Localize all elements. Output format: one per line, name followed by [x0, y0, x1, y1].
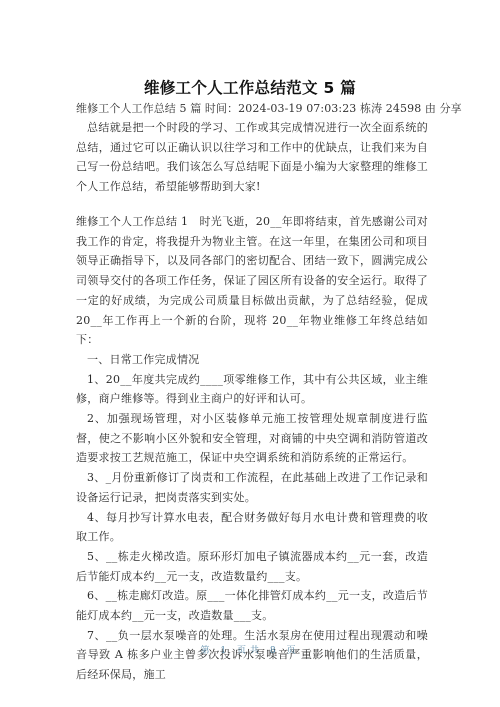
page-indicator: 第 1 页共 8 页: [0, 643, 500, 656]
list-item-3: 3、_月份重新修订了岗责和工作流程，在此基础上改进了工作记录和设备运行记录，把岗…: [76, 468, 428, 507]
list-item-5: 5、__栋走火梯改造。原环形灯加电子镇流器成本约__元一套，改造后节能灯成本约_…: [76, 547, 428, 586]
list-item-1: 1、20__年度共完成约____项零维修工作，其中有公共区域，业主维修，商户维修…: [76, 370, 428, 409]
section-heading-daily-work: 一、日常工作完成情况: [76, 350, 428, 370]
intro-paragraph: 总结就是把一个时段的学习、工作或其完成情况进行一次全面系统的总结，通过它可以正确…: [76, 118, 428, 197]
document-meta-line: 维修工个人工作总结 5 篇 时间：2024-03-19 07:03:23 栋涛 …: [76, 100, 436, 116]
list-item-2: 2、加强现场管理，对小区装修单元施工按管理处规章制度进行监督，使之不影响小区外貌…: [76, 409, 428, 468]
list-item-4: 4、每月抄写计算水电表，配合财务做好每月水电计费和管理费的收取工作。: [76, 508, 428, 547]
intro-section: 总结就是把一个时段的学习、工作或其完成情况进行一次全面系统的总结，通过它可以正确…: [76, 118, 428, 197]
paragraph-summary-1: 维修工个人工作总结 1 时光飞逝，20__年即将结束，首先感谢公司对我工作的肯定…: [76, 212, 428, 350]
document-title: 维修工个人工作总结范文 5 篇: [0, 76, 500, 98]
list-item-6: 6、__栋走廊灯改造。原___一体化排管灯成本约__元一支，改造后节能灯成本约_…: [76, 586, 428, 625]
main-section: 维修工个人工作总结 1 时光飞逝，20__年即将结束，首先感谢公司对我工作的肯定…: [76, 212, 428, 685]
document-page: 维修工个人工作总结范文 5 篇 维修工个人工作总结 5 篇 时间：2024-03…: [0, 0, 500, 707]
